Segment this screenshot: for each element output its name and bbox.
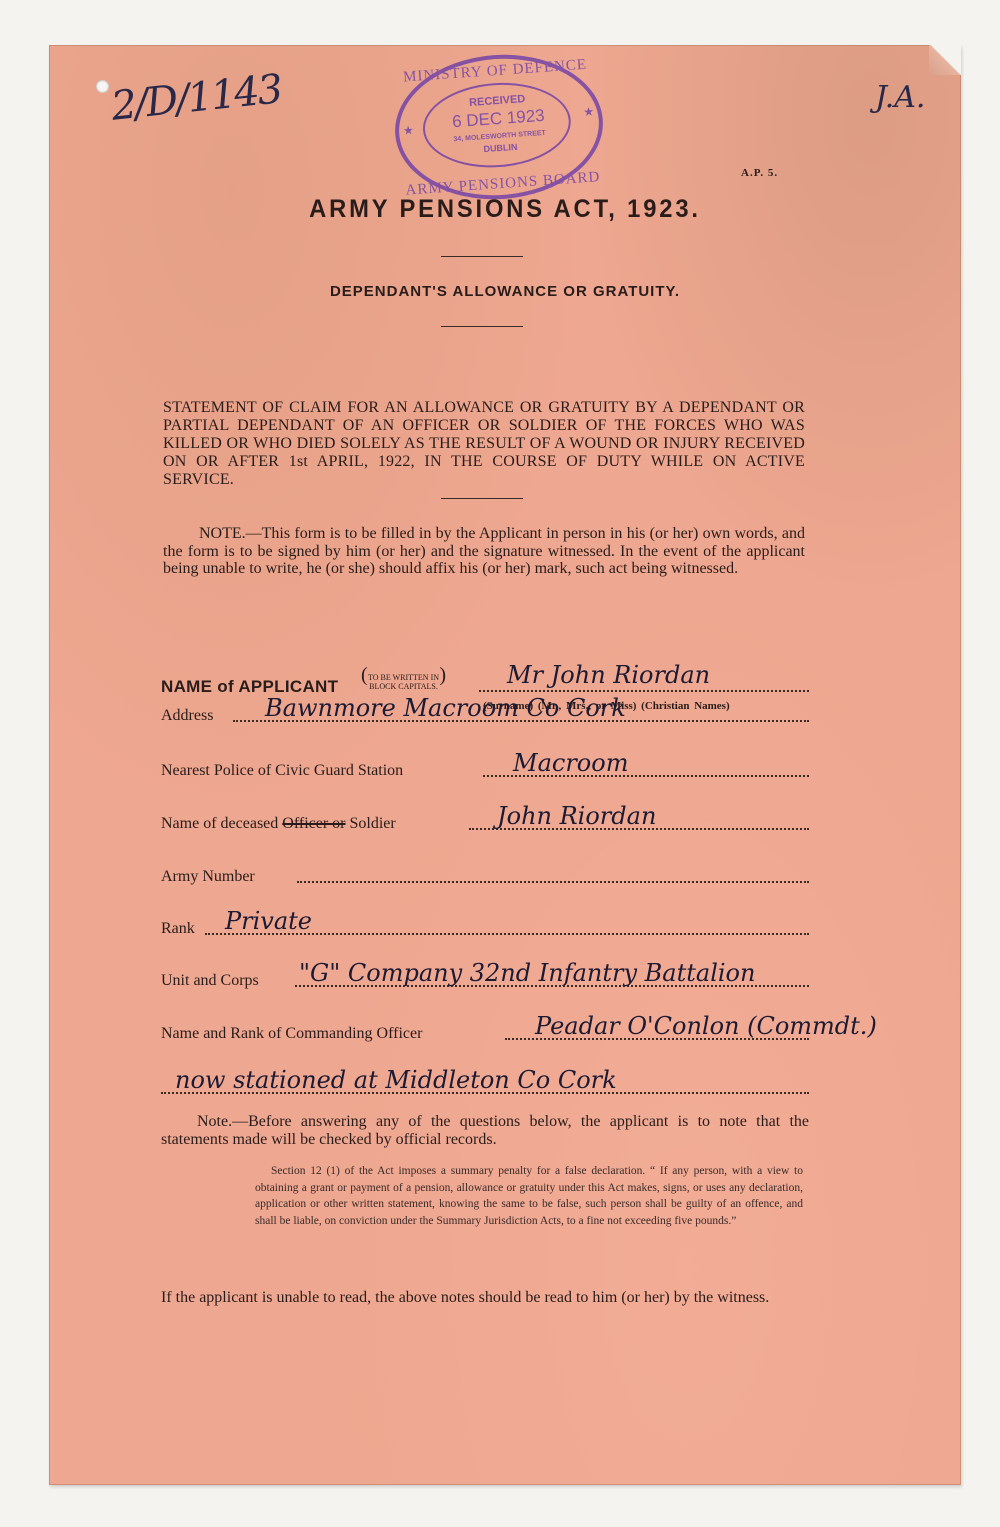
unit-corps-row: Unit and Corps "G" Company 32nd Infantry… — [161, 960, 809, 990]
statement-of-claim: STATEMENT OF CLAIM FOR AN ALLOWANCE OR G… — [163, 399, 805, 489]
section-12-penalty: Section 12 (1) of the Act imposes a summ… — [255, 1163, 803, 1229]
rank-row: Rank Private — [161, 908, 809, 938]
army-number-label: Army Number — [161, 868, 255, 886]
commanding-officer-field[interactable]: Peadar O'Conlon (Commdt.) — [535, 1012, 877, 1040]
subtitle: DEPENDANT'S ALLOWANCE OR GRATUITY. — [49, 283, 961, 300]
police-station-label: Nearest Police of Civic Guard Station — [161, 762, 403, 780]
block-capitals-instruction: TO BE WRITTEN IN BLOCK CAPITALS. — [368, 673, 439, 691]
form-code: A.P. 5. — [741, 167, 778, 179]
punch-hole — [96, 80, 109, 93]
commanding-officer-continued-row: now stationed at Middleton Co Cork — [161, 1067, 809, 1097]
deceased-name-row: Name of deceased Officer or Soldier John… — [161, 803, 809, 833]
form-paper: 2/D/1143 J.A. MINISTRY OF DEFENCE ★ ★ RE… — [49, 45, 961, 1485]
rank-label: Rank — [161, 920, 195, 938]
unit-corps-label: Unit and Corps — [161, 972, 259, 990]
commanding-officer-label: Name and Rank of Commanding Officer — [161, 1025, 422, 1043]
address-row: Address Bawnmore Macroom Co Cork — [161, 695, 809, 725]
unit-corps-field[interactable]: "G" Company 32nd Infantry Battalion — [299, 959, 755, 987]
police-station-field[interactable]: Macroom — [513, 749, 628, 777]
struck-officer-text: Officer or — [282, 815, 345, 832]
divider — [441, 326, 523, 327]
instruction-line-1: TO BE WRITTEN IN — [368, 673, 439, 682]
address-label: Address — [161, 707, 213, 725]
deceased-name-field[interactable]: John Riordan — [497, 802, 656, 830]
police-station-row: Nearest Police of Civic Guard Station Ma… — [161, 750, 809, 780]
commanding-officer-row: Name and Rank of Commanding Officer Pead… — [161, 1013, 809, 1043]
divider — [441, 256, 523, 257]
page-title: ARMY PENSIONS ACT, 1923. — [72, 195, 938, 224]
instruction-line-2: BLOCK CAPITALS. — [368, 682, 439, 691]
folded-corner — [929, 45, 961, 75]
deceased-name-label: Name of deceased Officer or Soldier — [161, 815, 396, 833]
commanding-officer-continued-field[interactable]: now stationed at Middleton Co Cork — [175, 1066, 617, 1094]
note-instructions: NOTE.—This form is to be filled in by th… — [163, 525, 805, 578]
rank-field[interactable]: Private — [225, 907, 312, 935]
note-witness-reading: If the applicant is unable to read, the … — [161, 1289, 809, 1307]
note-official-records: Note.—Before answering any of the questi… — [161, 1113, 809, 1148]
address-field[interactable]: Bawnmore Macroom Co Cork — [265, 694, 626, 722]
dotted-leader — [297, 881, 809, 883]
handwritten-reference-code: 2/D/1143 — [109, 66, 283, 130]
army-number-row: Army Number — [161, 856, 809, 886]
applicant-name-field[interactable]: Mr John Riordan — [507, 661, 710, 689]
received-stamp: MINISTRY OF DEFENCE ★ ★ RECEIVED 6 DEC 1… — [390, 48, 608, 206]
dotted-leader — [479, 690, 809, 692]
handwritten-initials: J.A. — [875, 80, 925, 115]
divider — [441, 498, 523, 499]
